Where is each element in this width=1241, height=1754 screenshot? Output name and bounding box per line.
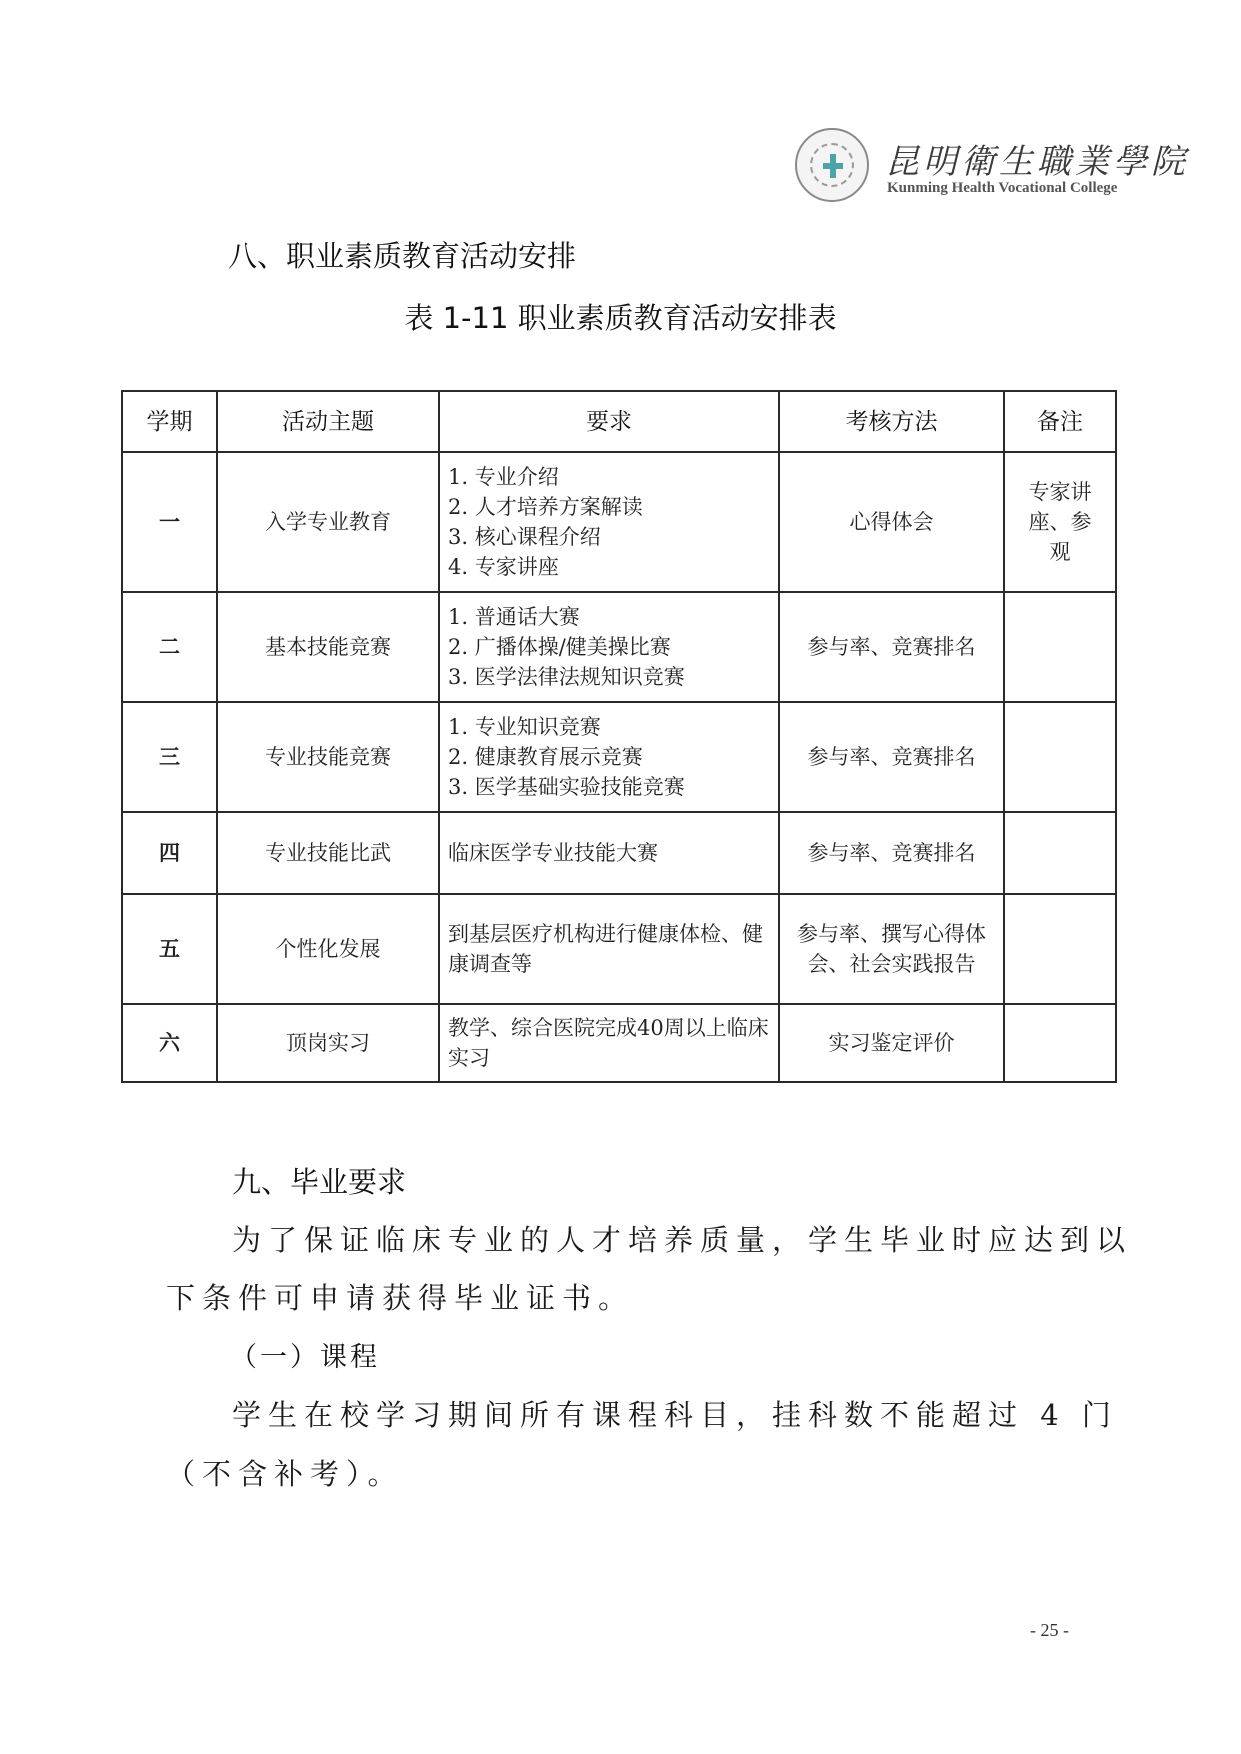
table-row: 六 顶岗实习 教学、综合医院完成40周以上临床实习 实习鉴定评价 (122, 1004, 1116, 1082)
cell-remarks (1004, 1004, 1116, 1082)
cell-requirements: 到基层医疗机构进行健康体检、健康调查等 (439, 894, 779, 1004)
cell-requirements: 1. 普通话大赛 2. 广播体操/健美操比赛 3. 医学法律法规知识竞赛 (439, 592, 779, 702)
cell-term: 四 (122, 812, 217, 894)
cell-theme: 基本技能竞赛 (217, 592, 439, 702)
subsection-heading-courses: （一）课程 (230, 1335, 380, 1374)
header-remarks: 备注 (1004, 391, 1116, 452)
requirement-item: 3. 医学法律法规知识竞赛 (448, 662, 770, 692)
cell-theme: 专业技能比武 (217, 812, 439, 894)
table-row: 五 个性化发展 到基层医疗机构进行健康体检、健康调查等 参与率、撰写心得体会、社… (122, 894, 1116, 1004)
header-term: 学期 (122, 391, 217, 452)
section-heading-9: 九、毕业要求 (232, 1160, 406, 1201)
requirement-item: 2. 健康教育展示竞赛 (448, 742, 770, 772)
graduation-intro-line1: 为了保证临床专业的人才培养质量，学生毕业时应达到以 (232, 1218, 1132, 1259)
requirement-item: 3. 核心课程介绍 (448, 522, 770, 552)
requirement-item: 教学、综合医院完成40周以上临床实习 (448, 1013, 770, 1073)
header-theme: 活动主题 (217, 391, 439, 452)
cell-remarks: 专家讲座、参观 (1004, 452, 1116, 592)
courses-requirement-line1: 学生在校学习期间所有课程科目，挂科数不能超过 4 门 (232, 1393, 1118, 1434)
graduation-intro-line2: 下条件可申请获得毕业证书。 (166, 1276, 634, 1317)
courses-requirement-line2: （不含补考）。 (166, 1452, 404, 1493)
cell-requirements: 1. 专业知识竞赛 2. 健康教育展示竞赛 3. 医学基础实验技能竞赛 (439, 702, 779, 812)
requirement-item: 临床医学专业技能大赛 (448, 838, 770, 868)
cell-term: 一 (122, 452, 217, 592)
college-emblem-icon (795, 128, 869, 202)
activity-schedule-table: 学期 活动主题 要求 考核方法 备注 一 入学专业教育 1. 专业介绍 2. 人… (121, 390, 1117, 1083)
cell-remarks (1004, 592, 1116, 702)
table-row: 四 专业技能比武 临床医学专业技能大赛 参与率、竞赛排名 (122, 812, 1116, 894)
table-row: 三 专业技能竞赛 1. 专业知识竞赛 2. 健康教育展示竞赛 3. 医学基础实验… (122, 702, 1116, 812)
cell-theme: 顶岗实习 (217, 1004, 439, 1082)
page-number: - 25 - (1030, 1620, 1069, 1641)
requirement-item: 3. 医学基础实验技能竞赛 (448, 772, 770, 802)
cell-remarks (1004, 894, 1116, 1004)
table-row: 一 入学专业教育 1. 专业介绍 2. 人才培养方案解读 3. 核心课程介绍 4… (122, 452, 1116, 592)
table-row: 二 基本技能竞赛 1. 普通话大赛 2. 广播体操/健美操比赛 3. 医学法律法… (122, 592, 1116, 702)
cell-assessment: 参与率、竞赛排名 (779, 812, 1004, 894)
cell-remarks (1004, 702, 1116, 812)
cell-term: 二 (122, 592, 217, 702)
header-requirements: 要求 (439, 391, 779, 452)
cell-requirements: 1. 专业介绍 2. 人才培养方案解读 3. 核心课程介绍 4. 专家讲座 (439, 452, 779, 592)
requirement-item: 1. 专业知识竞赛 (448, 712, 770, 742)
cell-term: 五 (122, 894, 217, 1004)
requirement-item: 1. 专业介绍 (448, 462, 770, 492)
requirement-item: 1. 普通话大赛 (448, 602, 770, 632)
cell-theme: 专业技能竞赛 (217, 702, 439, 812)
requirement-item: 到基层医疗机构进行健康体检、健康调查等 (448, 919, 770, 979)
requirement-item: 4. 专家讲座 (448, 552, 770, 582)
cell-assessment: 参与率、竞赛排名 (779, 592, 1004, 702)
cell-assessment: 实习鉴定评价 (779, 1004, 1004, 1082)
cell-requirements: 教学、综合医院完成40周以上临床实习 (439, 1004, 779, 1082)
table-title: 表 1-11 职业素质教育活动安排表 (0, 296, 1241, 337)
cell-assessment: 心得体会 (779, 452, 1004, 592)
table-header-row: 学期 活动主题 要求 考核方法 备注 (122, 391, 1116, 452)
header-assessment: 考核方法 (779, 391, 1004, 452)
college-logo: 昆明衛生職業學院 Kunming Health Vocational Colle… (795, 128, 1155, 208)
cell-remarks (1004, 812, 1116, 894)
cell-theme: 个性化发展 (217, 894, 439, 1004)
cell-assessment: 参与率、撰写心得体会、社会实践报告 (779, 894, 1004, 1004)
cell-requirements: 临床医学专业技能大赛 (439, 812, 779, 894)
cell-term: 三 (122, 702, 217, 812)
college-name-en: Kunming Health Vocational College (887, 180, 1117, 197)
requirement-item: 2. 人才培养方案解读 (448, 492, 770, 522)
cell-assessment: 参与率、竞赛排名 (779, 702, 1004, 812)
cell-term: 六 (122, 1004, 217, 1082)
cell-theme: 入学专业教育 (217, 452, 439, 592)
requirement-item: 2. 广播体操/健美操比赛 (448, 632, 770, 662)
section-heading-8: 八、职业素质教育活动安排 (228, 234, 576, 275)
college-name-cn: 昆明衛生職業學院 (885, 134, 1189, 183)
